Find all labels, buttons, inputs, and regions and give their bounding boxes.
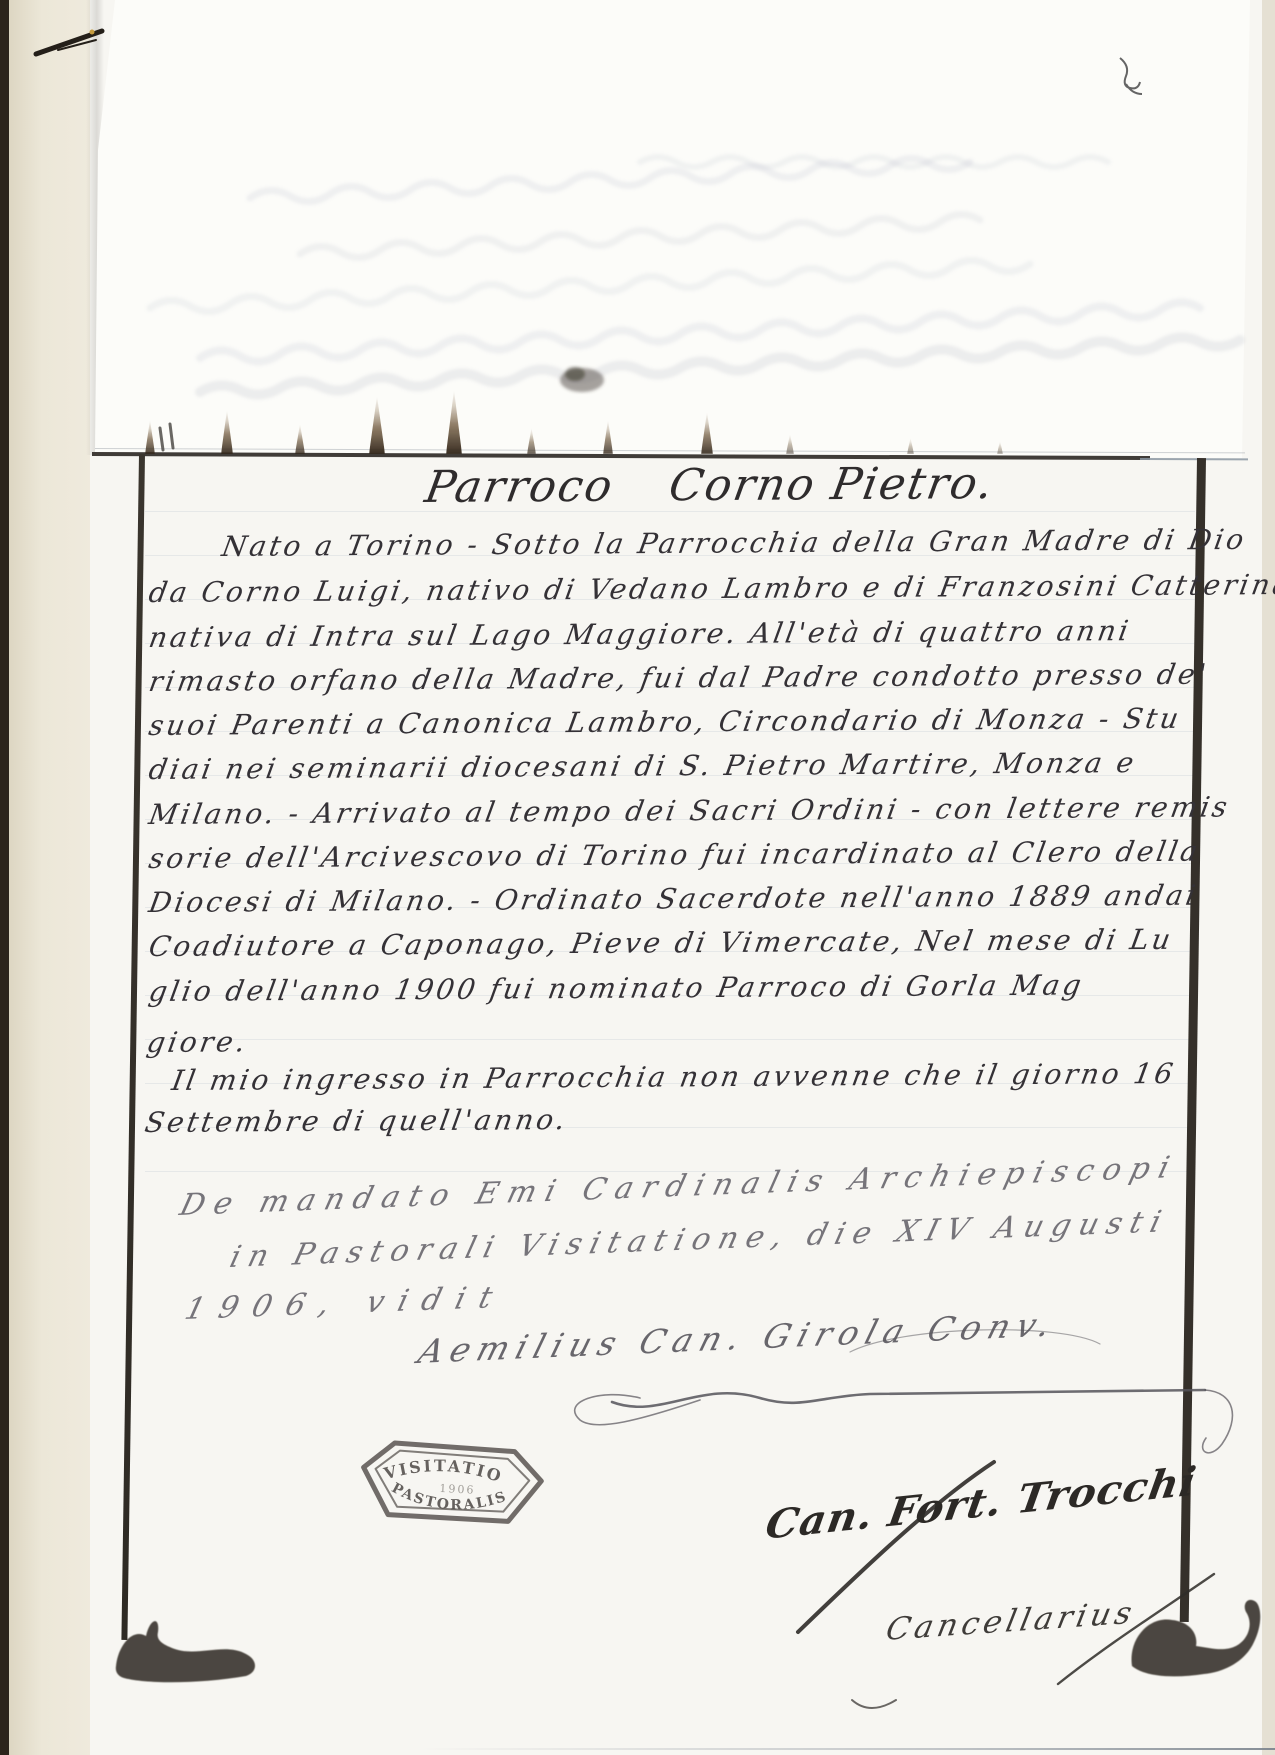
- page-title: ParrocoCorno Pietro.: [421, 458, 998, 513]
- scanner-edge: [0, 0, 9, 1755]
- body-line-6: diai nei seminarii diocesani di S. Pietr…: [146, 746, 1139, 786]
- body-line-3: nativa di Intra sul Lago Maggiore. All'e…: [146, 614, 1133, 654]
- page-title-word-1: Parroco: [421, 461, 617, 513]
- body-line-11: glio dell'anno 1900 fui nominato Parroco…: [146, 968, 1086, 1008]
- scanner-edge-right: [1262, 0, 1275, 1755]
- scanner-background-strip: [9, 0, 92, 1755]
- overlapping-top-sheet: [0, 0, 1275, 460]
- body-line-12: giore.: [144, 1025, 250, 1059]
- page-edge-line-right: [1140, 458, 1248, 460]
- stamp-year: 1906: [439, 1482, 476, 1497]
- body-line-13: Il mio ingresso in Parrocchia non avvenn…: [169, 1057, 1178, 1097]
- body-line-14: Settembre di quell'anno.: [142, 1103, 570, 1139]
- page-title-word-2: Corno Pietro.: [665, 458, 998, 511]
